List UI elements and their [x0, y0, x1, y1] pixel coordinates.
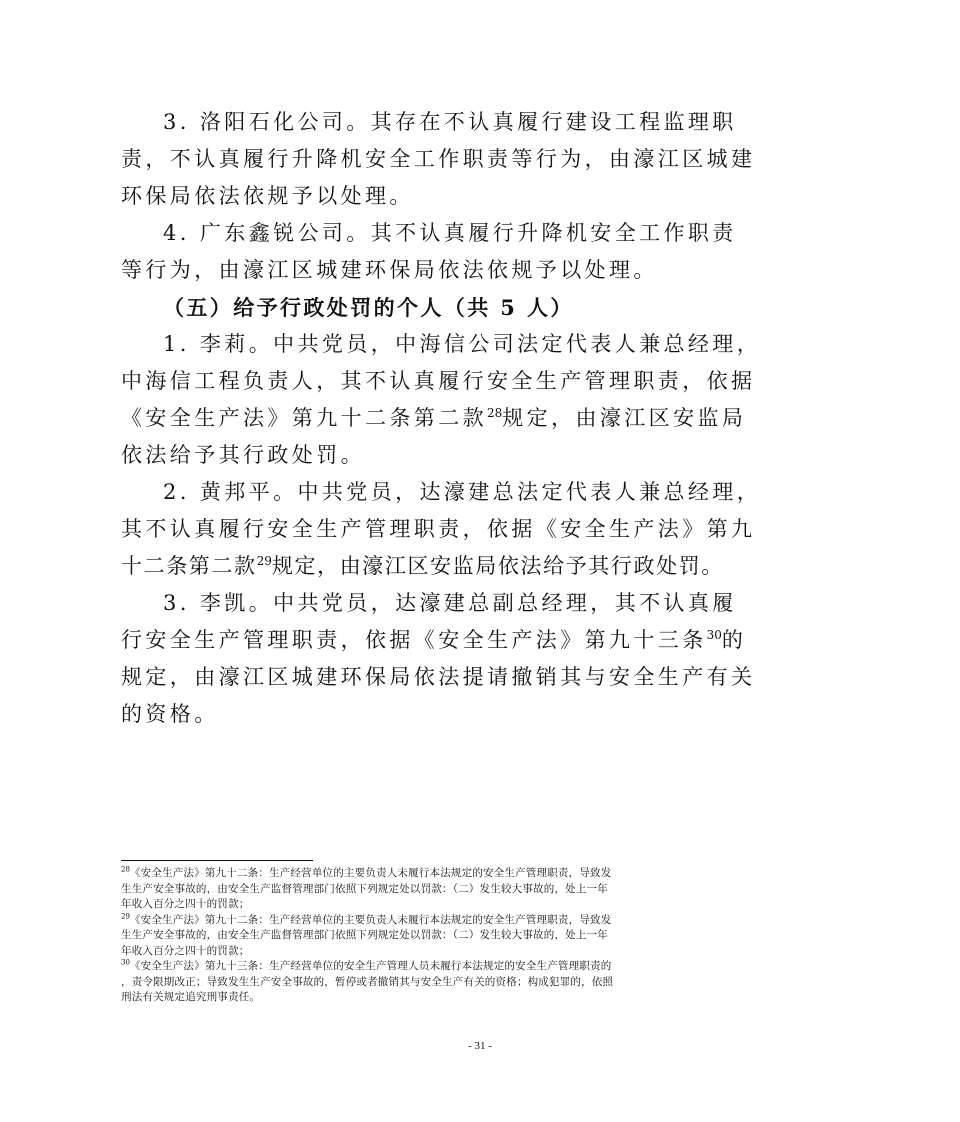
- footnote-number: 29: [121, 912, 130, 920]
- footnote-line: 生生产安全事故的，由安全生产监督管理部门依照下列规定处以罚款：（二）发生较大事故…: [121, 882, 673, 898]
- text-line: 依法给予其行政处罚。: [121, 437, 673, 474]
- footnote-line: 28《安全生产法》第九十二条：生产经营单位的主要负责人未履行本法规定的安全生产管…: [121, 866, 673, 882]
- footnote-30: 30《安全生产法》第九十三条：生产经营单位的安全生产管理人员未履行本法规定的安全…: [121, 959, 673, 1006]
- text-line: 行安全生产管理职责，依据《安全生产法》第九十三条30的: [121, 622, 673, 659]
- text-line: 2. 黄邦平。中共党员，达濠建总法定代表人兼总经理，: [121, 474, 673, 511]
- footnote-line: 刑法有关规定追究刑事责任。: [121, 990, 673, 1006]
- text-line: 1. 李莉。中共党员，中海信公司法定代表人兼总经理，: [121, 326, 673, 363]
- text-line: 其不认真履行安全生产管理职责，依据《安全生产法》第九: [121, 511, 673, 548]
- footnote-ref-29[interactable]: 29: [257, 554, 272, 568]
- paragraph-luoyang-petrochemical: 3. 洛阳石化公司。其存在不认真履行建设工程监理职 责，不认真履行升降机安全工作…: [121, 104, 673, 215]
- body-text: 3. 洛阳石化公司。其存在不认真履行建设工程监理职 责，不认真履行升降机安全工作…: [121, 104, 673, 733]
- footnote-text: 《安全生产法》第九十二条：生产经营单位的主要负责人未履行本法规定的安全生产管理职…: [130, 914, 612, 926]
- text-span: 十二条第二款: [121, 554, 257, 578]
- footnote-line: 年收入百分之四十的罚款；: [121, 944, 673, 960]
- text-span: 的: [722, 628, 746, 652]
- footnote-number: 30: [121, 959, 130, 967]
- footnotes: 28《安全生产法》第九十二条：生产经营单位的主要负责人未履行本法规定的安全生产管…: [121, 866, 673, 1006]
- footnote-line: 年收入百分之四十的罚款；: [121, 897, 673, 913]
- footnote-text: 《安全生产法》第九十二条：生产经营单位的主要负责人未履行本法规定的安全生产管理职…: [130, 867, 612, 879]
- document-page: 3. 洛阳石化公司。其存在不认真履行建设工程监理职 责，不认真履行升降机安全工作…: [0, 0, 960, 1122]
- text-line: 中海信工程负责人，其不认真履行安全生产管理职责，依据: [121, 363, 673, 400]
- footnote-28: 28《安全生产法》第九十二条：生产经营单位的主要负责人未履行本法规定的安全生产管…: [121, 866, 673, 913]
- footnote-line: 30《安全生产法》第九十三条：生产经营单位的安全生产管理人员未履行本法规定的安全…: [121, 959, 673, 975]
- page-number: - 31 -: [0, 1040, 960, 1052]
- footnote-line: ，责令限期改正；导致发生生产安全事故的，暂停或者撤销其与安全生产有关的资格；构成…: [121, 975, 673, 991]
- paragraph-li-kai: 3. 李凯。中共党员，达濠建总副总经理，其不认真履 行安全生产管理职责，依据《安…: [121, 585, 673, 733]
- footnote-line: 29《安全生产法》第九十二条：生产经营单位的主要负责人未履行本法规定的安全生产管…: [121, 913, 673, 929]
- paragraph-li-li: 1. 李莉。中共党员，中海信公司法定代表人兼总经理， 中海信工程负责人，其不认真…: [121, 326, 673, 474]
- footnote-text: 《安全生产法》第九十三条：生产经营单位的安全生产管理人员未履行本法规定的安全生产…: [130, 960, 612, 972]
- footnote-line: 生生产安全事故的，由安全生产监督管理部门依照下列规定处以罚款：（二）发生较大事故…: [121, 928, 673, 944]
- text-line: 责，不认真履行升降机安全工作职责等行为，由濠江区城建: [121, 141, 673, 178]
- text-span: 规定，由濠江区安监局依法给予其行政处罚。: [272, 554, 724, 578]
- text-line: 3. 洛阳石化公司。其存在不认真履行建设工程监理职: [121, 104, 673, 141]
- text-span: 行安全生产管理职责，依据《安全生产法》第九十三条: [121, 628, 707, 652]
- footnote-ref-28[interactable]: 28: [487, 406, 502, 420]
- paragraph-guangdong-xinrui: 4. 广东鑫锐公司。其不认真履行升降机安全工作职责 等行为，由濠江区城建环保局依…: [121, 215, 673, 289]
- footnote-separator: [121, 860, 313, 861]
- text-span: 规定，由濠江区安监局: [502, 406, 746, 430]
- text-line: 《安全生产法》第九十二条第二款28规定，由濠江区安监局: [121, 400, 673, 437]
- footnote-ref-30[interactable]: 30: [707, 628, 722, 642]
- text-line: 4. 广东鑫锐公司。其不认真履行升降机安全工作职责: [121, 215, 673, 252]
- text-line: 等行为，由濠江区城建环保局依法依规予以处理。: [121, 252, 673, 289]
- text-line: 环保局依法依规予以处理。: [121, 178, 673, 215]
- text-line: 的资格。: [121, 696, 673, 733]
- footnote-number: 28: [121, 866, 130, 874]
- text-line: 十二条第二款29规定，由濠江区安监局依法给予其行政处罚。: [121, 548, 673, 585]
- footnote-29: 29《安全生产法》第九十二条：生产经营单位的主要负责人未履行本法规定的安全生产管…: [121, 913, 673, 960]
- section-heading: （五）给予行政处罚的个人（共 5 人）: [121, 289, 673, 326]
- text-line: 规定，由濠江区城建环保局依法提请撤销其与安全生产有关: [121, 659, 673, 696]
- text-line: 3. 李凯。中共党员，达濠建总副总经理，其不认真履: [121, 585, 673, 622]
- paragraph-huang-bangping: 2. 黄邦平。中共党员，达濠建总法定代表人兼总经理， 其不认真履行安全生产管理职…: [121, 474, 673, 585]
- text-span: 《安全生产法》第九十二条第二款: [121, 406, 487, 430]
